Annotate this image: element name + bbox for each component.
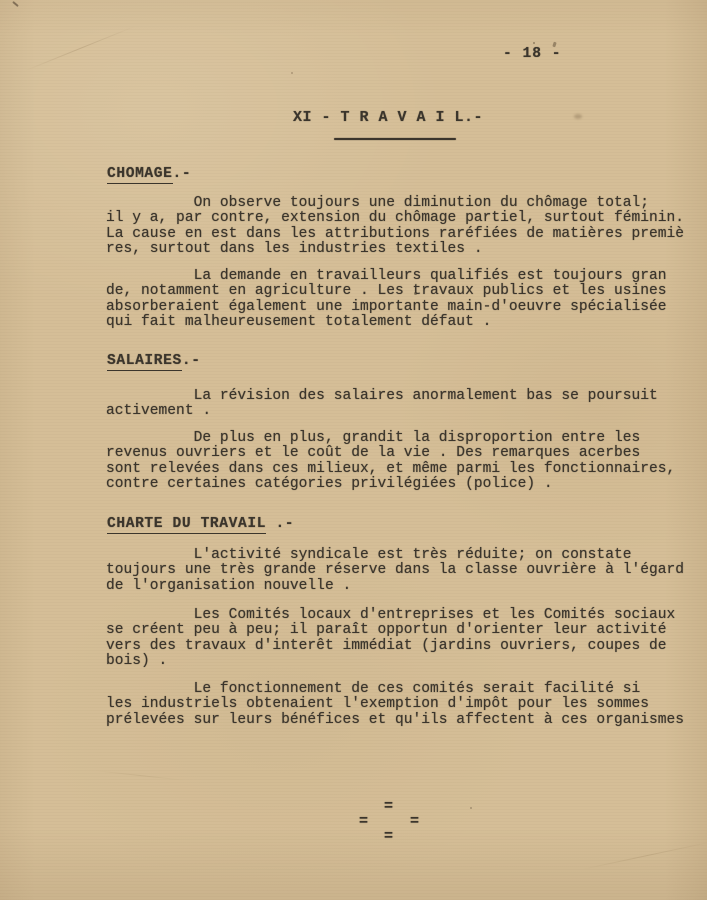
paragraph: La demande en travailleurs qualifiés est… (106, 269, 667, 331)
paragraph: De plus en plus, grandit la disproportio… (106, 431, 675, 493)
paper-speck (12, 1, 19, 7)
paper-speck (291, 72, 293, 74)
title-underline (334, 138, 456, 140)
document-page: - 18 - XI - T R A V A I L.- CHOMAGE.- On… (0, 0, 707, 900)
paper-crease (581, 841, 707, 870)
heading-suffix: .- (182, 353, 201, 369)
paragraph: Les Comités locaux d'entreprises et les … (106, 608, 675, 670)
paper-smudge (574, 114, 582, 119)
paragraph: On observe toujours une diminution du ch… (106, 196, 684, 258)
end-mark: = (410, 813, 419, 830)
heading-suffix: .- (266, 516, 294, 532)
heading-suffix: .- (173, 166, 192, 182)
paper-crease (95, 770, 185, 780)
section-heading-salaires: SALAIRES.- (107, 353, 201, 369)
paper-speck (470, 807, 472, 809)
section-heading-charte-du-travail: CHARTE DU TRAVAIL .- (107, 516, 294, 532)
end-mark: = (359, 813, 368, 830)
paragraph: La révision des salaires anormalement ba… (106, 389, 658, 420)
paper-speck (533, 42, 535, 44)
page-title: XI - T R A V A I L.- (293, 109, 483, 126)
section-heading-chomage: CHOMAGE.- (107, 166, 191, 182)
heading-label: SALAIRES (107, 353, 182, 371)
paper-crease (24, 26, 136, 72)
end-mark: = (384, 828, 393, 845)
end-mark: = (384, 798, 393, 815)
heading-label: CHARTE DU TRAVAIL (107, 516, 266, 534)
paragraph: L'activité syndicale est très réduite; o… (106, 548, 684, 594)
paragraph: Le fonctionnement de ces comités serait … (106, 682, 684, 728)
page-number: - 18 - (503, 46, 562, 62)
heading-label: CHOMAGE (107, 166, 173, 184)
